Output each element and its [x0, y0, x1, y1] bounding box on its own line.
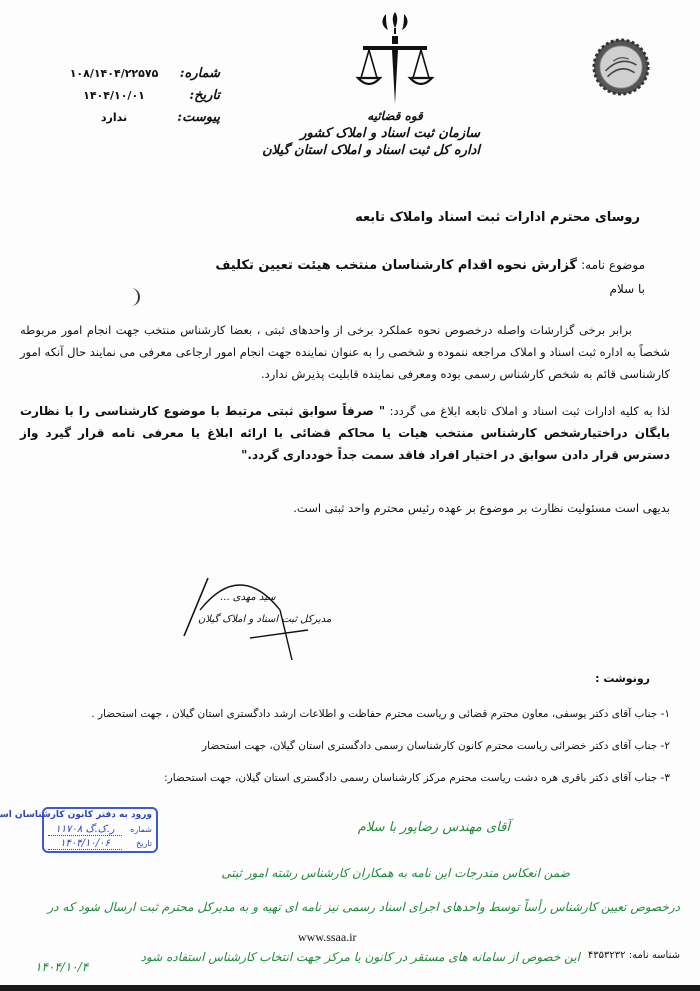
official-seal-icon [592, 38, 650, 96]
meta-number-row: شماره: ۱۰۸/۱۴۰۴/۲۲۵۷۵ [60, 62, 220, 84]
cc-title: رونوشت : [595, 672, 650, 685]
handwritten-note-date: ۱۴۰۴/۱۰/۴ [35, 960, 88, 974]
letter-meta: شماره: ۱۰۸/۱۴۰۴/۲۲۵۷۵ تاریخ: ۱۴۰۴/۱۰/۰۱ … [60, 62, 220, 128]
stamp-title-row: ورود به دفتر کانون کارشناسان استان گیلان [48, 810, 152, 824]
meta-date-row: تاریخ: ۱۴۰۴/۱۰/۰۱ [60, 84, 220, 106]
stamp-number-label: شماره [122, 825, 152, 834]
signature-title: مدیرکل ثبت اسناد و املاک گیلان [198, 614, 331, 625]
subject-text: گزارش نحوه اقدام کارشناسان منتخب هیئت تع… [215, 258, 577, 273]
greeting: با سلام [610, 282, 645, 296]
pen-mark [128, 288, 140, 306]
meta-attachment-value: ندارد [60, 111, 168, 124]
cc-item: ۲- جناب آقای دکتر خضرائی ریاست محترم کان… [202, 740, 670, 752]
signature-name: سید مهدی ... [220, 592, 276, 603]
stamp-date-value: ۱۴۰۴/۱۰/۰۶ [48, 838, 122, 850]
paragraph-2-intro: لذا به کلیه ادارات ثبت اسناد و املاک تاب… [390, 404, 670, 418]
scan-bottom-edge [0, 985, 700, 991]
org-registration-org: سازمان ثبت اسناد و املاک کشور [310, 125, 480, 142]
body-paragraph-2: لذا به کلیه ادارات ثبت اسناد و املاک تاب… [20, 400, 670, 466]
meta-date-label: تاریخ: [168, 88, 220, 103]
meta-number-label: شماره: [168, 66, 220, 81]
meta-date-value: ۱۴۰۴/۱۰/۰۱ [60, 89, 168, 102]
handwritten-note-line-4: این خصوص از سامانه های مستقر در کانون یا… [141, 950, 580, 964]
document-id-value: ۴۳۵۳۲۳۲ [588, 950, 626, 961]
handwritten-note-line-2: ضمن انعکاس مندرجات این نامه به همکاران ک… [221, 866, 570, 880]
body-paragraph-3: بدیهی است مسئولیت نظارت بر موضوع بر عهده… [20, 497, 670, 519]
stamp-date-label: تاریخ [122, 839, 152, 848]
scales-of-justice-icon [355, 8, 435, 108]
org-provincial-office: اداره کل ثبت اسناد و املاک استان گیلان [310, 142, 480, 159]
cc-item: ۳- جناب آقای دکتر باقری هره دشت ریاست مح… [164, 772, 670, 784]
document-id: شناسه نامه: ۴۳۵۳۲۳۲ [588, 950, 680, 961]
footer-website: www.ssaa.ir [298, 930, 357, 945]
stamp-number-row: شماره ۱۱۷۰۸ ر.ک.گ [48, 824, 152, 838]
paragraph-1-text: برابر برخی گزارشات واصله درخصوص نحوه عمل… [20, 323, 670, 381]
subject-label: موضوع نامه: [581, 258, 645, 272]
stamp-number-value: ۱۱۷۰۸ ر.ک.گ [48, 824, 122, 836]
cc-item: ۱- جناب آقای دکتر یوسفی، معاون محترم قضا… [91, 708, 670, 720]
document-id-label: شناسه نامه: [629, 950, 680, 961]
letterhead-emblem: قوه قضائیه سازمان ثبت اسناد و املاک کشور… [310, 8, 480, 159]
meta-attachment-row: پیوست: ندارد [60, 106, 220, 128]
meta-number-value: ۱۰۸/۱۴۰۴/۲۲۵۷۵ [60, 67, 168, 80]
handwritten-note-line-3: درخصوص تعیین کارشناس رأساً توسط واحدهای … [47, 900, 680, 914]
meta-attachment-label: پیوست: [168, 110, 220, 125]
signature-block: سید مهدی ... مدیرکل ثبت اسناد و املاک گی… [180, 570, 320, 660]
subject-line: موضوع نامه: گزارش نحوه اقدام کارشناسان م… [215, 258, 645, 273]
body-paragraph-1: برابر برخی گزارشات واصله درخصوص نحوه عمل… [20, 319, 670, 385]
addressee: روسای محترم ادارات ثبت اسناد واملاک تابع… [355, 210, 640, 225]
stamp-date-row: تاریخ ۱۴۰۴/۱۰/۰۶ [48, 838, 152, 852]
org-judiciary: قوه قضائیه [310, 108, 480, 125]
handwritten-note-line-1: آقای مهندس رضاپور با سلام [358, 820, 510, 835]
stamp-title: ورود به دفتر کانون کارشناسان استان گیلان [0, 810, 152, 820]
receipt-stamp: ورود به دفتر کانون کارشناسان استان گیلان… [42, 807, 158, 853]
